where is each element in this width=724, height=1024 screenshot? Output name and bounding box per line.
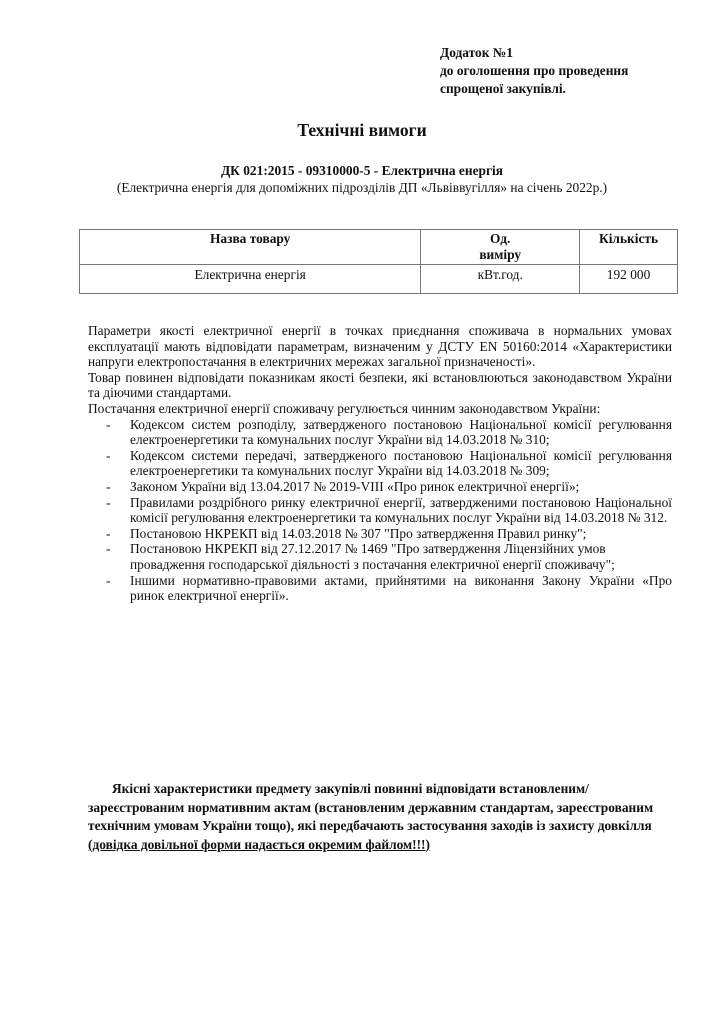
list-item-text: Кодексом систем розподілу, затвердженого… (130, 417, 672, 448)
legislation-list: -Кодексом систем розподілу, затвердженог… (88, 417, 672, 604)
header-unit-line1: Од. (421, 231, 579, 247)
quality-paragraph: Параметри якості електричної енергії в т… (88, 323, 672, 370)
dash-bullet-icon: - (106, 417, 110, 433)
table-row: Електрична енергія кВт.год. 192 000 (80, 265, 678, 294)
list-item: -Іншими нормативно-правовими актами, при… (88, 573, 672, 604)
list-item-text: Кодексом системи передачі, затвердженого… (130, 448, 672, 479)
dash-bullet-icon: - (106, 541, 110, 557)
procurement-code: ДК 021:2015 - 09310000-5 - Електрична ен… (0, 163, 724, 179)
annex-number: Додаток №1 (440, 44, 628, 62)
header-unit-line2: виміру (421, 247, 579, 263)
list-item-text: Постановою НКРЕКП від 27.12.2017 № 1469 … (130, 541, 615, 572)
list-item: -Кодексом системи передачі, затвердженог… (88, 448, 672, 479)
dash-bullet-icon: - (106, 495, 110, 511)
list-item: -Законом України від 13.04.2017 № 2019-V… (88, 479, 672, 495)
goods-table: Назва товару Од. виміру Кількість Електр… (79, 229, 678, 294)
header-quantity: Кількість (580, 230, 678, 265)
cell-quantity: 192 000 (580, 265, 678, 294)
annex-line-3: спрощеної закупівлі. (440, 80, 628, 98)
list-item-text: Правилами роздрібного ринку електричної … (130, 495, 672, 526)
cell-unit: кВт.год. (421, 265, 580, 294)
safety-paragraph: Товар повинен відповідати показникам яко… (88, 370, 672, 401)
dash-bullet-icon: - (106, 479, 110, 495)
list-item-text: Законом України від 13.04.2017 № 2019-VI… (130, 479, 579, 494)
environment-note-underlined: (довідка довільної форми надається окрем… (88, 837, 430, 852)
legislation-intro: Постачання електричної енергії споживачу… (88, 401, 672, 417)
list-item: -Постановою НКРЕКП від 14.03.2018 № 307 … (88, 526, 672, 542)
list-item-text: Іншими нормативно-правовими актами, прий… (130, 573, 672, 604)
environment-note: Якісні характеристики предмету закупівлі… (88, 780, 672, 854)
list-item: -Кодексом систем розподілу, затвердженог… (88, 417, 672, 448)
list-item: -Постановою НКРЕКП від 27.12.2017 № 1469… (88, 541, 672, 572)
header-product-name: Назва товару (80, 230, 421, 265)
dash-bullet-icon: - (106, 448, 110, 464)
header-unit: Од. виміру (421, 230, 580, 265)
annex-header: Додаток №1 до оголошення про проведення … (440, 44, 628, 98)
list-item: -Правилами роздрібного ринку електричної… (88, 495, 672, 526)
table-header-row: Назва товару Од. виміру Кількість (80, 230, 678, 265)
list-item-text: Постановою НКРЕКП від 14.03.2018 № 307 "… (130, 526, 586, 541)
procurement-subtitle: (Електрична енергія для допоміжних підро… (0, 180, 724, 196)
page-title: Технічні вимоги (0, 120, 724, 141)
requirements-body: Параметри якості електричної енергії в т… (88, 323, 672, 604)
cell-product-name: Електрична енергія (80, 265, 421, 294)
dash-bullet-icon: - (106, 573, 110, 589)
annex-line-2: до оголошення про проведення (440, 62, 628, 80)
environment-note-text: Якісні характеристики предмету закупівлі… (88, 781, 653, 833)
dash-bullet-icon: - (106, 526, 110, 542)
